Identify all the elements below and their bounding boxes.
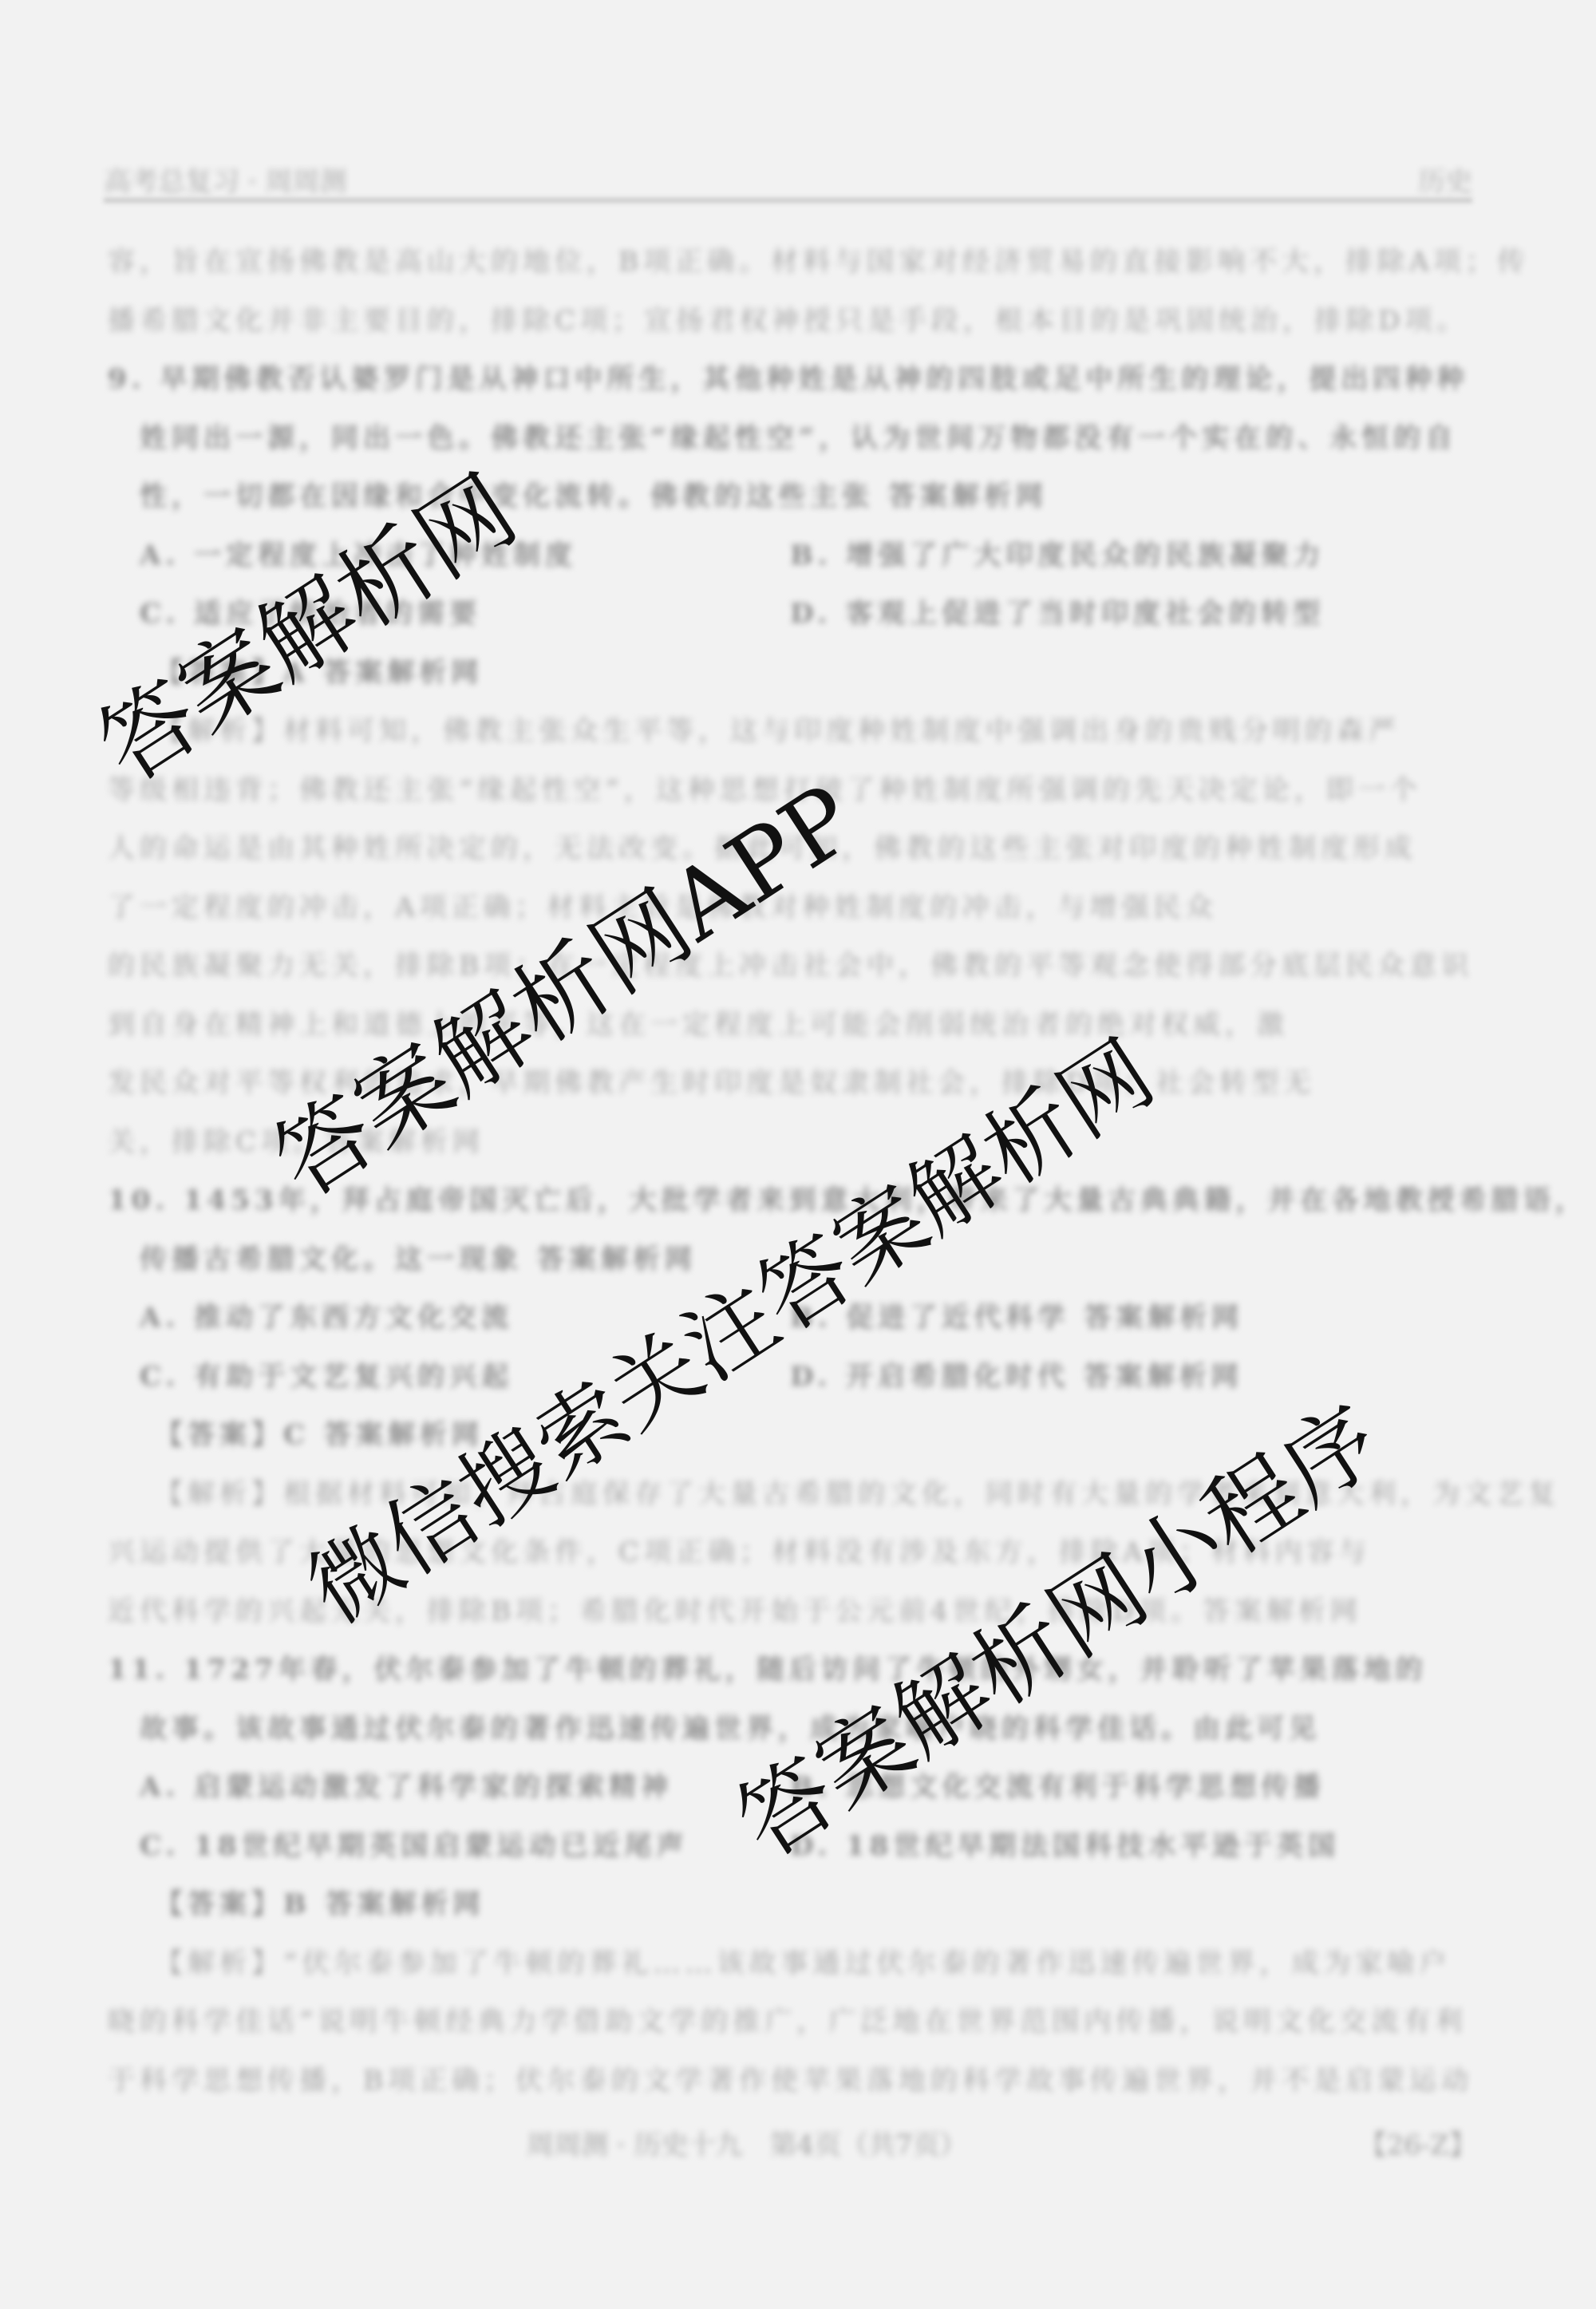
header-right: 历史 (1418, 160, 1472, 199)
text-line: D. 开启希腊化时代 答案解析网 (790, 1354, 1243, 1394)
text-line: 传播古希腊文化。这一现象 答案解析网 (140, 1237, 697, 1276)
document-page: 高考总复习 · 周周测 历史 容，旨在宣扬佛教是高山大的地位，B项正确。材料与国… (0, 0, 1596, 2309)
text-line: 晓的科学佳话”说明牛顿经典力学借助文学的推广，广泛地在世界范围内传播，说明文化交… (108, 1999, 1467, 2038)
text-line: 姓同出一源，同出一色。佛教还主张“缘起性空”，认为世间万物都没有一个实在的、永恒… (140, 416, 1457, 455)
text-line: A. 推动了东西方文化交流 (140, 1295, 513, 1334)
text-line: C. 18世纪早期英国启蒙运动已近尾声 (140, 1824, 688, 1863)
text-line: 的民族凝聚力无关，排除B项；在一定程度上冲击社会中，佛教的平等观念使得部分底层民… (108, 943, 1473, 983)
text-line: 11. 1727年春，伏尔泰参加了牛顿的葬礼，随后访问了牛顿的外甥女，并聆听了苹… (108, 1647, 1428, 1686)
text-line: 【答案】C 答案解析网 (156, 1413, 484, 1452)
page-header: 高考总复习 · 周周测 历史 (104, 160, 1472, 200)
text-line: B. 增强了广大印度民众的民族凝聚力 (790, 533, 1325, 572)
text-line: 【答案】B 答案解析网 (156, 1882, 485, 1921)
text-line: A. 启蒙运动激发了科学家的探索精神 (140, 1765, 673, 1804)
text-line: 【解析】材料可知，佛教主张众生平等，这与印度种姓制度中强调出身的贵贱分明的森严 (156, 709, 1400, 748)
text-line: D. 18世纪早期法国科技水平逊于英国 (790, 1824, 1340, 1863)
text-line: 故事。该故事通过伏尔泰的著作迅速传遍世界，成为家喻户晓的科学佳话。由此可见 (140, 1706, 1321, 1746)
text-line: C. 有助于文艺复兴的兴起 (140, 1354, 513, 1394)
text-line: 【解析】“伏尔泰参加了牛顿的葬礼……该故事通过伏尔泰的著作迅速传遍世界，成为家喻… (156, 1941, 1451, 1980)
footer-page-info: 周周测 · 历史十九 第4页（共7页） (527, 2123, 967, 2162)
text-line: 容，旨在宣扬佛教是高山大的地位，B项正确。材料与国家对经济贸易的直接影响不大，排… (108, 239, 1530, 279)
footer-code: 【26-Z】 (1360, 2123, 1476, 2162)
text-line: 9. 早期佛教否认婆罗门是从神口中所生，其他种姓是从神的四肢或足中所生的理论，提… (108, 357, 1468, 396)
text-line: 播希腊文化并非主要目的，排除C项；宣扬君权神授只是手段，根本目的是巩固统治，排除… (108, 299, 1468, 338)
header-rule (104, 198, 1472, 203)
text-line: 性，一切都在因缘和合中变化流转。佛教的这些主张 答案解析网 (140, 474, 1048, 513)
text-line: D. 客观上促进了当时印度社会的转型 (790, 591, 1325, 631)
header-left: 高考总复习 · 周周测 (104, 160, 346, 199)
text-line: 于科学思想传播，B项正确；伏尔泰的文学著作使苹果落地的科学故事传遍世界，并不是启… (108, 2058, 1473, 2097)
